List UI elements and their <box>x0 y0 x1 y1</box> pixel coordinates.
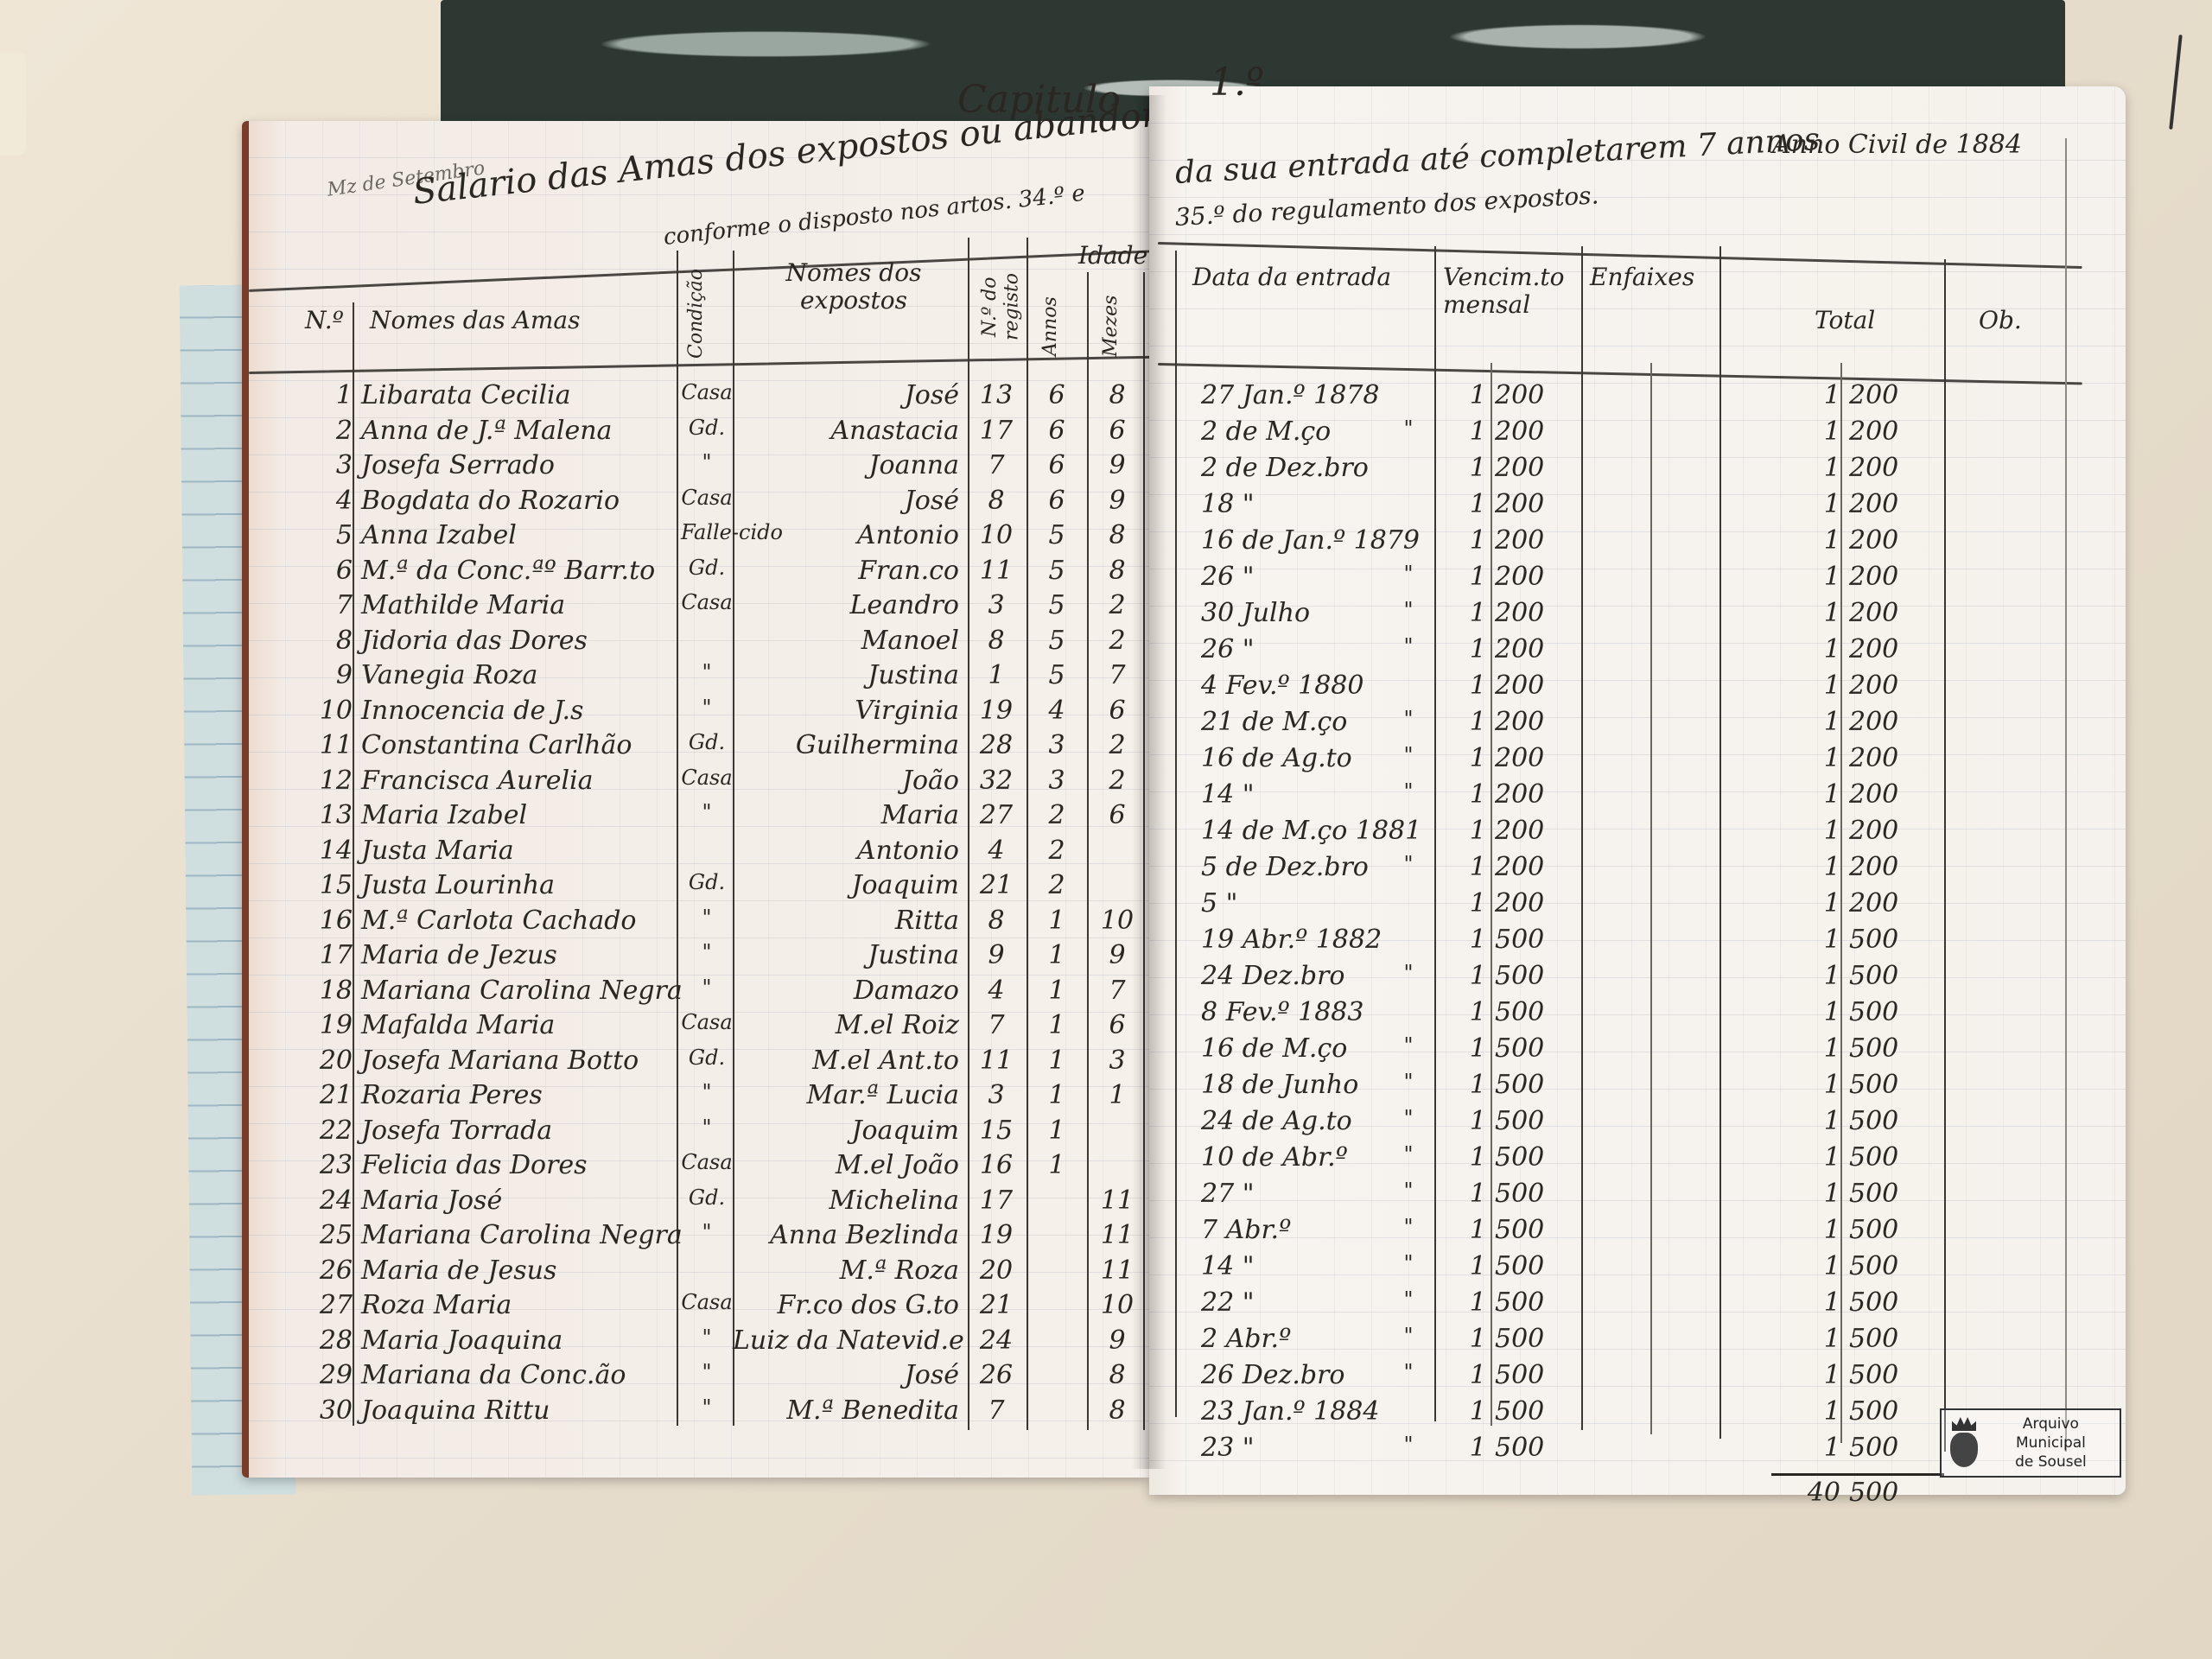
cell-exposto: Manoel <box>733 626 966 656</box>
cell-ama: Innocencia de J.s <box>361 696 583 726</box>
cell-exposto: Fr.co dos G.to <box>733 1290 966 1320</box>
crest-icon <box>1947 1417 1980 1469</box>
cell-tot-a: 1 <box>1789 816 1840 846</box>
cell-reg: 17 <box>970 1185 1022 1216</box>
cell-ditto: " <box>1391 1033 1426 1058</box>
cell-n: 10 <box>318 696 353 726</box>
left-title-line-2: conforme o disposto nos artos. 34.º e <box>662 181 1086 251</box>
cell-n: 23 <box>318 1150 353 1180</box>
table-row: 18 de Junho"15001500 <box>1149 1070 2126 1108</box>
cell-tot-b: 200 <box>1849 598 1935 628</box>
cell-cond: Casa <box>681 1010 733 1034</box>
cell-anos: 1 <box>1031 1010 1083 1040</box>
cell-n: 18 <box>318 976 353 1006</box>
cell-cond: Gd. <box>681 1046 733 1070</box>
cell-venc-b: 200 <box>1495 380 1581 410</box>
cell-venc-a: 1 <box>1443 453 1486 483</box>
cell-venc-a: 1 <box>1443 416 1486 447</box>
header-entry-date: Data da entrada <box>1192 264 1400 291</box>
cell-venc-b: 200 <box>1495 562 1581 592</box>
cell-ama: M.ª Carlota Cachado <box>361 906 636 936</box>
cell-exposto: Maria <box>733 800 966 830</box>
cell-cond: " <box>681 940 733 964</box>
table-row: 30Joaquina Rittu"M.ª Benedita788 <box>249 1395 1149 1433</box>
table-row: 21Rozaria Peres"Mar.ª Lucia3117 <box>249 1080 1149 1118</box>
book-spine <box>1132 95 1166 1469</box>
cell-ama: Bogdata do Rozario <box>361 486 620 516</box>
cell-exposto: Justina <box>733 660 966 690</box>
cell-tot-a: 1 <box>1789 1033 1840 1064</box>
cell-venc-a: 1 <box>1443 1142 1486 1173</box>
cell-ditto: " <box>1391 1215 1426 1239</box>
table-row: 12Francisca AureliaCasaJoão323217 <box>249 766 1149 804</box>
table-row: 25Mariana Carolina Negra"Anna Bezlinda19… <box>249 1220 1149 1258</box>
cell-venc-a: 1 <box>1443 961 1486 991</box>
cell-anos: 6 <box>1031 486 1083 516</box>
cell-n: 14 <box>318 836 353 866</box>
cell-anos: 1 <box>1031 1046 1083 1076</box>
cell-cond: Casa <box>681 590 733 614</box>
cell-date: 27 Jan.º 1878 <box>1201 380 1426 410</box>
cell-exposto: Anastacia <box>733 416 966 446</box>
cell-anos: 5 <box>1031 556 1083 586</box>
cell-reg: 20 <box>970 1255 1022 1286</box>
cell-cond: " <box>681 1360 733 1384</box>
cell-cond: " <box>681 1325 733 1350</box>
cell-ama: Rozaria Peres <box>361 1080 543 1110</box>
cell-tot-a: 1 <box>1789 1142 1840 1173</box>
cell-ditto: " <box>1391 1142 1426 1166</box>
cell-tot-b: 200 <box>1849 525 1935 556</box>
table-row: 29Mariana da Conc.ão"José2688 <box>249 1360 1149 1398</box>
cell-cond: Gd. <box>681 1185 733 1210</box>
cell-venc-a: 1 <box>1443 1287 1486 1318</box>
cell-tot-b: 200 <box>1849 852 1935 882</box>
cell-ditto: " <box>1391 743 1426 767</box>
cell-anos: 1 <box>1031 976 1083 1006</box>
cell-reg: 4 <box>970 836 1022 866</box>
header-registo: N.º do registo <box>979 259 1023 354</box>
cell-ditto: " <box>1391 598 1426 622</box>
cell-ditto: " <box>1391 1360 1426 1384</box>
cell-tot-b: 500 <box>1849 1106 1935 1136</box>
cell-venc-b: 500 <box>1495 1324 1581 1354</box>
cell-ama: Constantina Carlhão <box>361 730 632 760</box>
cell-n: 12 <box>318 766 353 796</box>
cell-date: 2 de Dez.bro <box>1201 453 1426 483</box>
table-row: 4Bogdata do RozarioCasaJosé86913 <box>249 486 1149 524</box>
cell-ama: Mafalda Maria <box>361 1010 555 1040</box>
cell-venc-b: 500 <box>1495 961 1581 991</box>
table-row: 26 Dez.bro"15001500 <box>1149 1360 2126 1398</box>
table-row: 18 "12001200 <box>1149 489 2126 527</box>
cell-tot-b: 500 <box>1849 1396 1935 1427</box>
cell-venc-a: 1 <box>1443 888 1486 918</box>
cell-cond: " <box>681 1395 733 1420</box>
cell-venc-b: 500 <box>1495 997 1581 1027</box>
cell-ditto: " <box>1391 562 1426 586</box>
cell-cond: Gd. <box>681 556 733 580</box>
cell-ditto: " <box>1391 1070 1426 1094</box>
cell-date: 4 Fev.º 1880 <box>1201 671 1426 701</box>
cell-reg: 16 <box>970 1150 1022 1180</box>
cell-cond: Casa <box>681 486 733 510</box>
table-row: 2 de M.ço"12001200 <box>1149 416 2126 454</box>
cell-exposto: José <box>733 380 966 410</box>
cell-venc-b: 200 <box>1495 453 1581 483</box>
cell-reg: 4 <box>970 976 1022 1006</box>
cell-cond: Casa <box>681 766 733 790</box>
cell-cond: " <box>681 906 733 930</box>
table-row: 14Justa MariaAntonio4226 <box>249 836 1149 874</box>
cell-anos: 6 <box>1031 380 1083 410</box>
chapter-title: Capitulo <box>957 78 1121 122</box>
cell-exposto: Mar.ª Lucia <box>733 1080 966 1110</box>
cell-venc-a: 1 <box>1443 1251 1486 1281</box>
table-row: 4 Fev.º 188012001200 <box>1149 671 2126 709</box>
cell-n: 28 <box>318 1325 353 1356</box>
cell-ama: Mariana da Conc.ão <box>361 1360 626 1390</box>
header-exposto-name: Nomes dos expostos <box>767 259 940 315</box>
table-row: 24 Dez.bro"15001500 <box>1149 961 2126 999</box>
grand-total-row: 40 500 <box>1149 1478 2126 1516</box>
cell-date: 19 Abr.º 1882 <box>1201 925 1426 955</box>
archive-stamp: Arquivo Municipal de Sousel <box>1940 1408 2121 1478</box>
cell-tot-a: 1 <box>1789 779 1840 810</box>
cell-tot-b: 500 <box>1849 1033 1935 1064</box>
cell-venc-a: 1 <box>1443 779 1486 810</box>
cell-cond: Casa <box>681 1150 733 1174</box>
cell-ditto: " <box>1391 1179 1426 1203</box>
table-row: 14 ""15001500 <box>1149 1251 2126 1289</box>
cell-date: 18 " <box>1201 489 1426 519</box>
cell-exposto: José <box>733 486 966 516</box>
cell-reg: 8 <box>970 486 1022 516</box>
cell-ditto: " <box>1391 1251 1426 1275</box>
cell-ama: Josefa Mariana Botto <box>361 1046 639 1076</box>
table-row: 30 Julho"12001200 <box>1149 598 2126 636</box>
table-row: 8 Fev.º 188315001500 <box>1149 997 2126 1035</box>
cell-tot-b: 500 <box>1849 1433 1935 1463</box>
table-row: 2Anna de J.ª MalenaGd.Anastacia176629 <box>249 416 1149 454</box>
cell-tot-a: 1 <box>1789 1287 1840 1318</box>
cell-exposto: Virginia <box>733 696 966 726</box>
cell-ditto: " <box>1391 1106 1426 1130</box>
cell-reg: 28 <box>970 730 1022 760</box>
cell-tot-a: 1 <box>1789 1324 1840 1354</box>
table-row: 18Mariana Carolina Negra"Damazo41723 <box>249 976 1149 1014</box>
cell-ama: Maria José <box>361 1185 502 1216</box>
cell-n: 13 <box>318 800 353 830</box>
table-row: 10 de Abr.º"15001500 <box>1149 1142 2126 1180</box>
cell-reg: 13 <box>970 380 1022 410</box>
cell-anos: 1 <box>1031 906 1083 936</box>
header-condition: Condição <box>685 272 707 359</box>
grand-total-b: 500 <box>1849 1478 1935 1508</box>
paper-scrap <box>0 52 26 156</box>
cell-ama: Justa Lourinha <box>361 870 555 900</box>
cell-venc-a: 1 <box>1443 489 1486 519</box>
header-ama-name: Nomes das Amas <box>370 307 580 334</box>
cell-exposto: Guilhermina <box>733 730 966 760</box>
cell-venc-a: 1 <box>1443 816 1486 846</box>
cell-tot-b: 500 <box>1849 1251 1935 1281</box>
cell-reg: 32 <box>970 766 1022 796</box>
cell-venc-a: 1 <box>1443 1070 1486 1100</box>
cell-reg: 21 <box>970 1290 1022 1320</box>
cell-cond: Falle-cido <box>681 520 733 544</box>
cell-venc-a: 1 <box>1443 1360 1486 1390</box>
cell-tot-a: 1 <box>1789 634 1840 664</box>
table-row: 27Roza MariaCasaFr.co dos G.to211027 <box>249 1290 1149 1328</box>
cell-tot-a: 1 <box>1789 416 1840 447</box>
table-row: 2 Abr.º"15001500 <box>1149 1324 2126 1362</box>
cell-tot-a: 1 <box>1789 1179 1840 1209</box>
cell-venc-a: 1 <box>1443 925 1486 955</box>
table-row: 17Maria de Jezus"Justina9197 <box>249 940 1149 978</box>
header-obs: Ob. <box>1979 307 2022 334</box>
cell-ditto: " <box>1391 707 1426 731</box>
cell-date: 5 " <box>1201 888 1426 918</box>
cell-exposto: M.ª Roza <box>733 1255 966 1286</box>
header-meses: Mezes <box>1100 294 1122 359</box>
table-row: 14 de M.ço 188112001200 <box>1149 816 2126 854</box>
cell-n: 27 <box>318 1290 353 1320</box>
cell-venc-b: 200 <box>1495 525 1581 556</box>
cell-exposto: Justina <box>733 940 966 970</box>
cell-cond: Gd. <box>681 416 733 440</box>
cell-anos: 2 <box>1031 870 1083 900</box>
table-row: 6M.ª da Conc.ªº Barr.toGd.Fran.co11585 <box>249 556 1149 594</box>
cell-venc-a: 1 <box>1443 1433 1486 1463</box>
table-row: 7 Abr.º"15001500 <box>1149 1215 2126 1253</box>
cell-tot-b: 200 <box>1849 453 1935 483</box>
cell-venc-b: 500 <box>1495 1106 1581 1136</box>
table-row: 9Vanegia Roza"Justina15727 <box>249 660 1149 698</box>
cell-date: 8 Fev.º 1883 <box>1201 997 1426 1027</box>
cell-venc-b: 200 <box>1495 852 1581 882</box>
cell-tot-a: 1 <box>1789 852 1840 882</box>
left-title-line-1: Salario das Amas dos expostos ou abandon… <box>411 86 1247 213</box>
cell-anos: 1 <box>1031 1080 1083 1110</box>
cell-n: 16 <box>318 906 353 936</box>
cell-ditto: " <box>1391 416 1426 441</box>
cell-exposto: José <box>733 1360 966 1390</box>
table-row: 15Justa LourinhaGd.Joaquim21226 <box>249 870 1149 908</box>
header-enfaixes: Enfaixes <box>1590 264 1719 291</box>
cell-n: 3 <box>318 450 353 480</box>
cell-reg: 3 <box>970 1080 1022 1110</box>
cell-exposto: Damazo <box>733 976 966 1006</box>
cell-reg: 19 <box>970 696 1022 726</box>
cell-tot-a: 1 <box>1789 1070 1840 1100</box>
cell-ama: Libarata Cecilia <box>361 380 571 410</box>
cell-n: 22 <box>318 1116 353 1146</box>
cell-anos: 5 <box>1031 660 1083 690</box>
cell-anos: 5 <box>1031 626 1083 656</box>
cell-reg: 10 <box>970 520 1022 550</box>
cell-venc-a: 1 <box>1443 671 1486 701</box>
cell-n: 4 <box>318 486 353 516</box>
cell-venc-a: 1 <box>1443 1215 1486 1245</box>
cell-tot-a: 1 <box>1789 489 1840 519</box>
cell-tot-b: 500 <box>1849 1215 1935 1245</box>
cell-venc-a: 1 <box>1443 1324 1486 1354</box>
cell-ditto: " <box>1391 1324 1426 1348</box>
cell-exposto: M.el Ant.to <box>733 1046 966 1076</box>
cell-tot-b: 500 <box>1849 925 1935 955</box>
table-row: 13Maria Izabel"Maria272617 <box>249 800 1149 838</box>
cell-tot-a: 1 <box>1789 1360 1840 1390</box>
header-number: N.º <box>305 307 344 334</box>
table-row: 1Libarata CeciliaCasaJosé136829 <box>249 380 1149 418</box>
cell-tot-b: 500 <box>1849 961 1935 991</box>
table-row: 10Innocencia de J.s"Virginia194610 <box>249 696 1149 734</box>
table-row: 14 ""12001200 <box>1149 779 2126 817</box>
cell-venc-a: 1 <box>1443 562 1486 592</box>
cell-n: 20 <box>318 1046 353 1076</box>
table-row: 27 ""15001500 <box>1149 1179 2126 1217</box>
cell-ama: Mathilde Maria <box>361 590 565 620</box>
cell-venc-b: 200 <box>1495 489 1581 519</box>
cell-venc-a: 1 <box>1443 707 1486 737</box>
cell-ama: Josefa Torrada <box>361 1116 552 1146</box>
cell-exposto: Joaquim <box>733 870 966 900</box>
cell-venc-a: 1 <box>1443 1106 1486 1136</box>
cell-n: 5 <box>318 520 353 550</box>
cell-ditto: " <box>1391 1287 1426 1312</box>
cell-cond: " <box>681 1080 733 1104</box>
cell-exposto: Joaquim <box>733 1116 966 1146</box>
total-rule <box>1771 1473 1944 1476</box>
cell-anos: 3 <box>1031 766 1083 796</box>
cell-tot-b: 200 <box>1849 671 1935 701</box>
cell-tot-b: 200 <box>1849 743 1935 773</box>
cell-exposto: Fran.co <box>733 556 966 586</box>
cell-venc-a: 1 <box>1443 598 1486 628</box>
cell-tot-b: 500 <box>1849 1070 1935 1100</box>
cell-ama: Vanegia Roza <box>361 660 537 690</box>
cell-venc-b: 500 <box>1495 925 1581 955</box>
cell-reg: 15 <box>970 1116 1022 1146</box>
cell-tot-b: 500 <box>1849 1287 1935 1318</box>
cell-venc-a: 1 <box>1443 852 1486 882</box>
cell-anos: 1 <box>1031 1150 1083 1180</box>
cell-n: 26 <box>318 1255 353 1286</box>
cell-tot-b: 200 <box>1849 416 1935 447</box>
cell-venc-a: 1 <box>1443 525 1486 556</box>
cell-venc-b: 200 <box>1495 888 1581 918</box>
cell-tot-b: 500 <box>1849 1142 1935 1173</box>
cell-tot-a: 1 <box>1789 997 1840 1027</box>
cell-cond: " <box>681 1220 733 1244</box>
cell-venc-b: 200 <box>1495 671 1581 701</box>
cell-ditto: " <box>1391 852 1426 876</box>
cell-n: 2 <box>318 416 353 446</box>
cell-n: 1 <box>318 380 353 410</box>
cell-venc-b: 500 <box>1495 1070 1581 1100</box>
cell-exposto: Antonio <box>733 520 966 550</box>
cell-reg: 17 <box>970 416 1022 446</box>
cell-n: 24 <box>318 1185 353 1216</box>
cell-tot-a: 1 <box>1789 1433 1840 1463</box>
cell-date: 14 de M.ço 1881 <box>1201 816 1426 846</box>
cell-ama: Maria Joaquina <box>361 1325 563 1356</box>
cell-exposto: M.el João <box>733 1150 966 1180</box>
cell-n: 19 <box>318 1010 353 1040</box>
cell-n: 21 <box>318 1080 353 1110</box>
cell-reg: 9 <box>970 940 1022 970</box>
cell-ama: Josefa Serrado <box>361 450 555 480</box>
grand-total-a: 40 <box>1789 1478 1840 1508</box>
cell-reg: 8 <box>970 906 1022 936</box>
cell-ama: Anna de J.ª Malena <box>361 416 612 446</box>
cell-ama: Mariana Carolina Negra <box>361 1220 683 1250</box>
cell-reg: 7 <box>970 450 1022 480</box>
cell-ama: Jidoria das Dores <box>361 626 588 656</box>
cell-cond: Gd. <box>681 730 733 754</box>
cell-tot-b: 200 <box>1849 489 1935 519</box>
cell-ama: Francisca Aurelia <box>361 766 594 796</box>
cell-tot-b: 200 <box>1849 707 1935 737</box>
cell-exposto: Ritta <box>733 906 966 936</box>
table-row: 5 "12001200 <box>1149 888 2126 926</box>
table-row: 7Mathilde MariaCasaLeandro352 <box>249 590 1149 628</box>
table-row: 24 de Ag.to"15001500 <box>1149 1106 2126 1144</box>
cell-cond: " <box>681 696 733 720</box>
cell-reg: 8 <box>970 626 1022 656</box>
cell-tot-a: 1 <box>1789 707 1840 737</box>
left-page: Mz de Setembro Salario das Amas dos expo… <box>242 121 1149 1478</box>
table-row: 2 de Dez.bro12001200 <box>1149 453 2126 491</box>
cell-venc-b: 500 <box>1495 1287 1581 1318</box>
cell-tot-b: 200 <box>1849 380 1935 410</box>
cell-venc-a: 1 <box>1443 1179 1486 1209</box>
cell-venc-b: 500 <box>1495 1215 1581 1245</box>
cell-date: 16 de Jan.º 1879 <box>1201 525 1426 556</box>
cell-date: 23 Jan.º 1884 <box>1201 1396 1426 1427</box>
cell-venc-a: 1 <box>1443 1033 1486 1064</box>
cell-cond: " <box>681 450 733 474</box>
cell-tot-a: 1 <box>1789 961 1840 991</box>
table-row: 8Jidoria das DoresManoel8525 <box>249 626 1149 664</box>
table-row: 19 Abr.º 188215001500 <box>1149 925 2126 963</box>
table-row: 28Maria Joaquina"Luiz da Natevid.e2495 <box>249 1325 1149 1363</box>
cell-ama: Mariana Carolina Negra <box>361 976 683 1006</box>
stamp-line-2: de Sousel <box>1987 1452 2114 1471</box>
cell-tot-a: 1 <box>1789 1396 1840 1427</box>
table-row: 19Mafalda MariaCasaM.el Roiz71616 <box>249 1010 1149 1048</box>
cell-anos: 1 <box>1031 1116 1083 1146</box>
cell-venc-b: 500 <box>1495 1251 1581 1281</box>
cell-reg: 11 <box>970 1046 1022 1076</box>
cell-tot-a: 1 <box>1789 743 1840 773</box>
cell-venc-b: 200 <box>1495 816 1581 846</box>
cell-cond: " <box>681 1116 733 1140</box>
table-row: 5 de Dez.bro"12001200 <box>1149 852 2126 890</box>
table-row: 23Felicia das DoresCasaM.el João1614 <box>249 1150 1149 1188</box>
table-row: 26 ""12001200 <box>1149 562 2126 600</box>
cell-venc-b: 200 <box>1495 743 1581 773</box>
cell-venc-b: 200 <box>1495 598 1581 628</box>
cell-anos: 2 <box>1031 836 1083 866</box>
cell-anos: 6 <box>1031 416 1083 446</box>
right-page: 1.º Anno Civil de 1884 da sua entrada at… <box>1149 86 2126 1495</box>
cell-reg: 7 <box>970 1395 1022 1426</box>
cell-venc-a: 1 <box>1443 634 1486 664</box>
cell-reg: 7 <box>970 1010 1022 1040</box>
table-row: 16M.ª Carlota Cachado"Ritta811012 <box>249 906 1149 944</box>
